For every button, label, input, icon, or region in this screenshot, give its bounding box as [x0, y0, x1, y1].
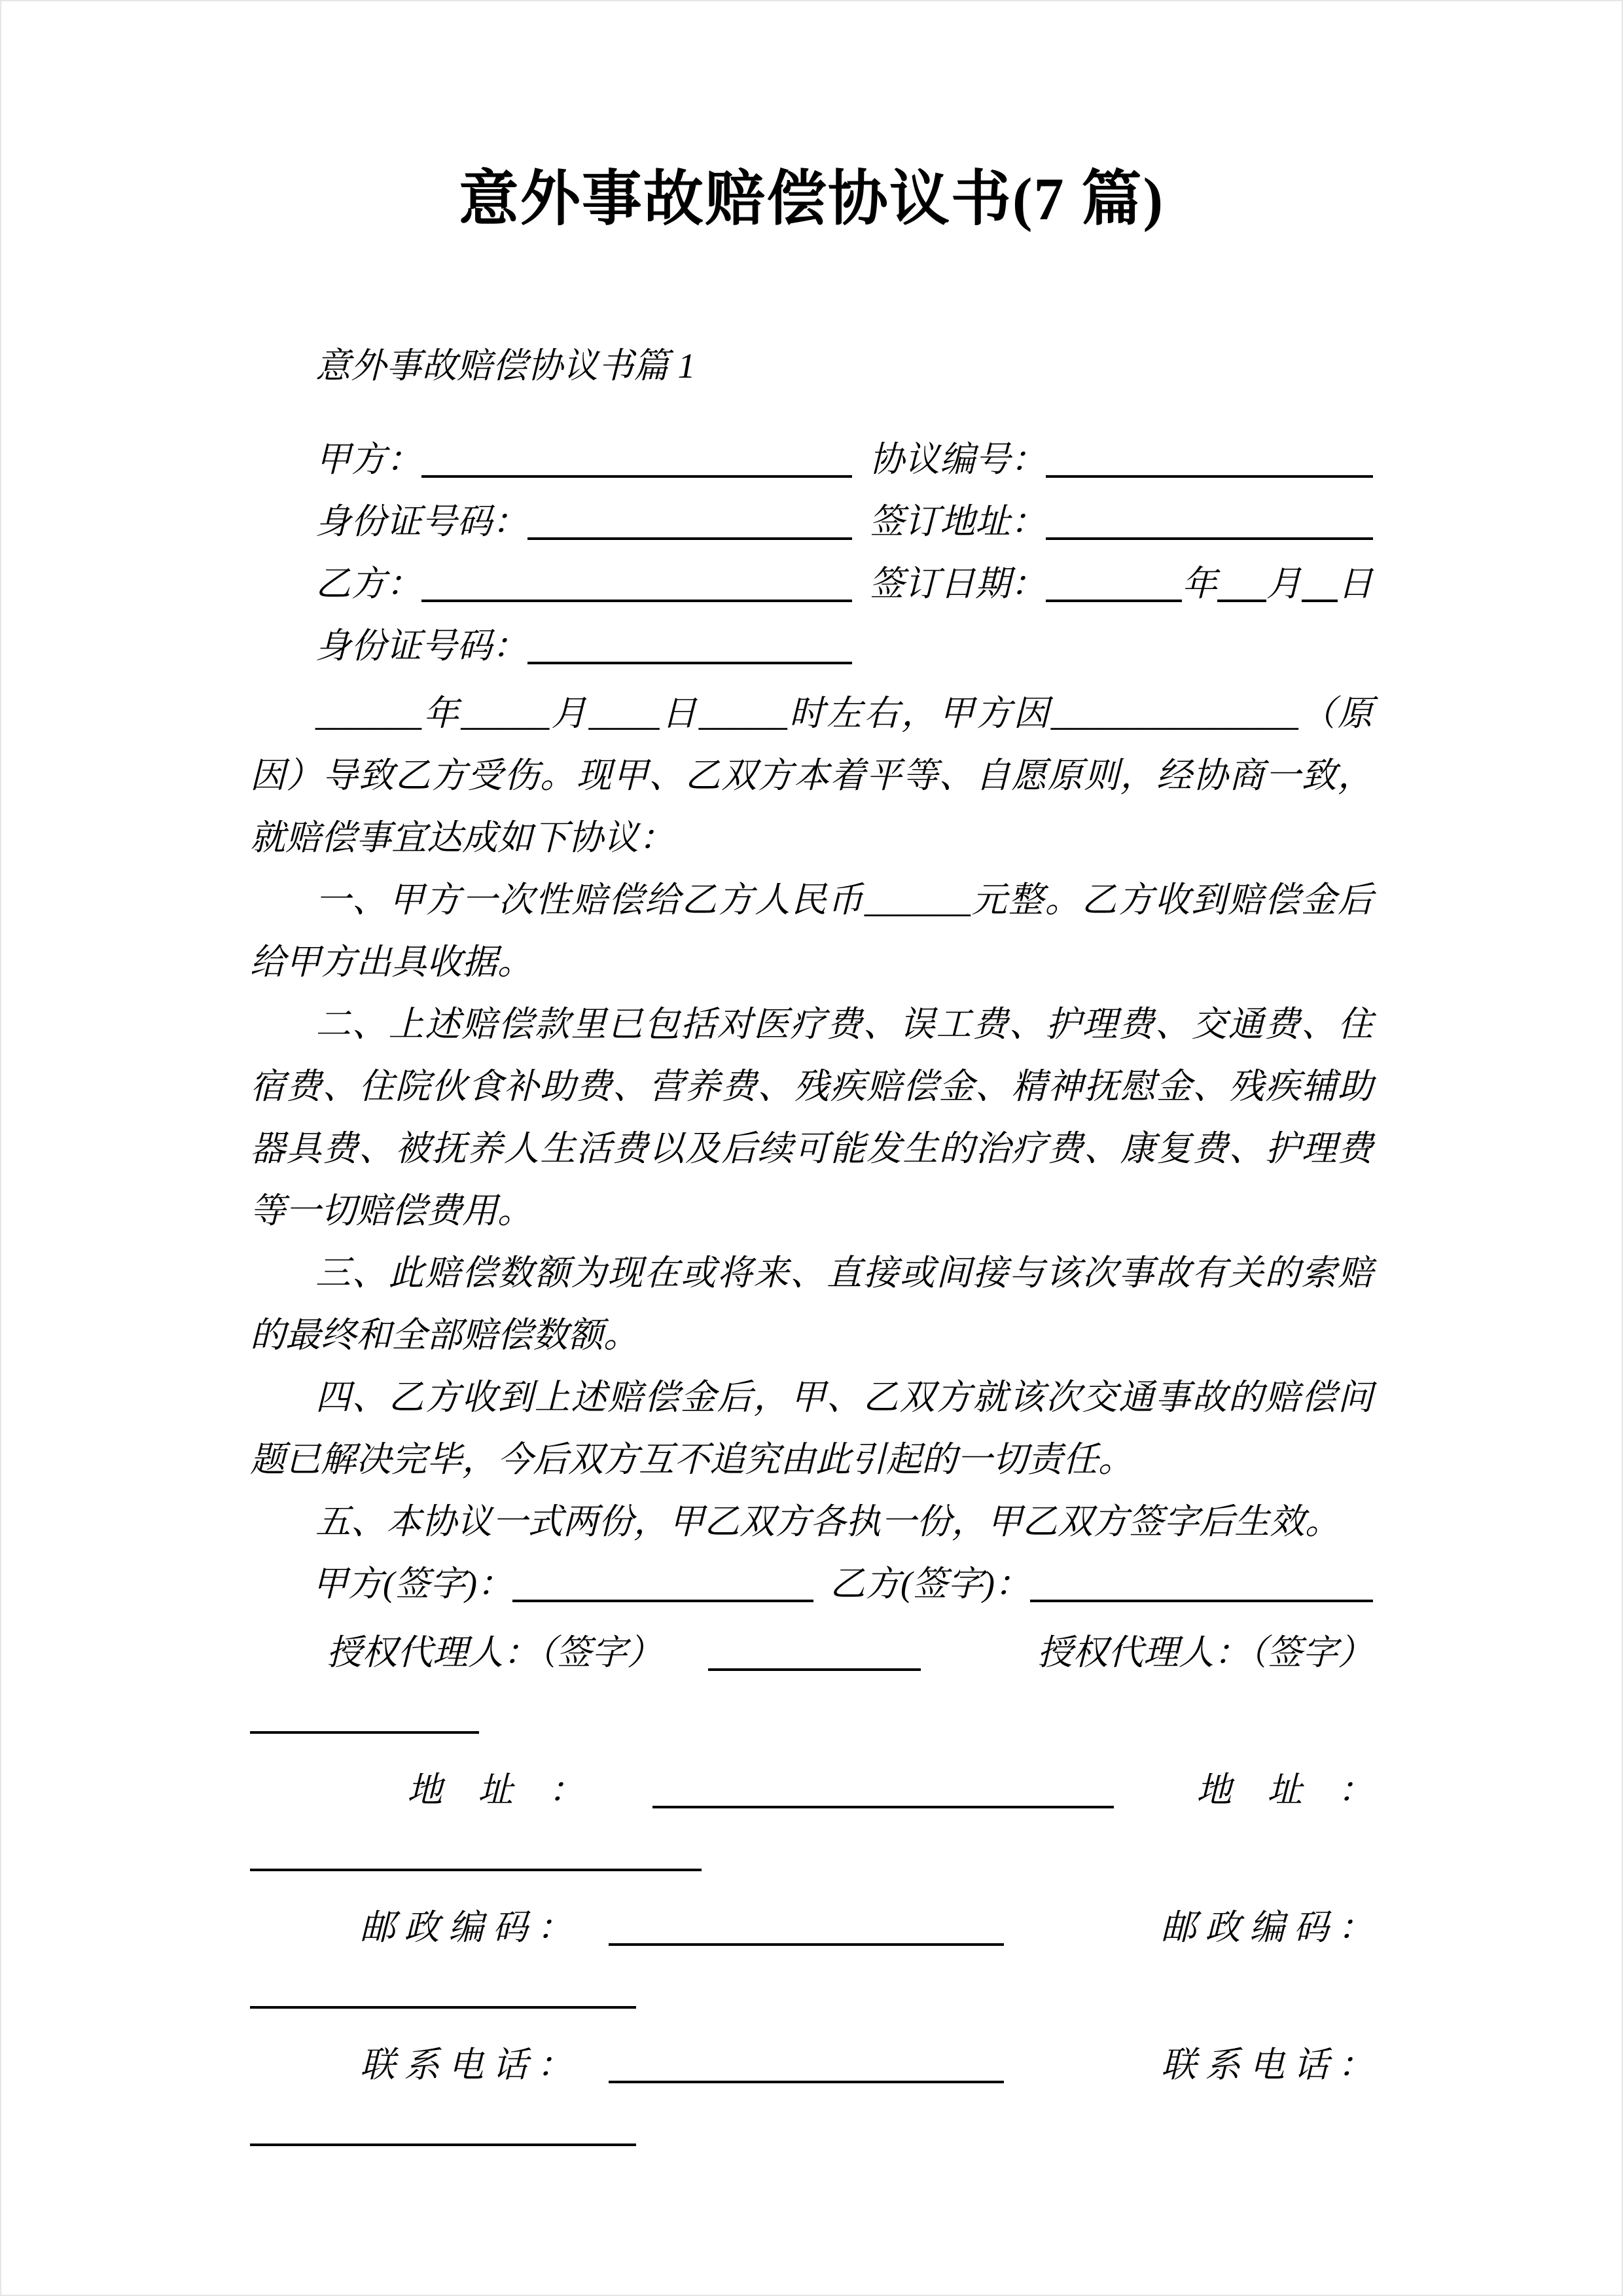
postcode-row: 邮 政 编 码 ： 邮 政 编 码 ：	[250, 1897, 1373, 1965]
postcode-a-label: 邮 政 编 码 ：	[360, 1897, 572, 1959]
phone-b-blank	[250, 2144, 636, 2146]
phone-b-wrap-line	[250, 2103, 1373, 2172]
signature-row: 甲方(签字)： 乙方(签字)：	[250, 1553, 1373, 1622]
clause-5: 五、本协议一式两份，甲乙双方各执一份，甲乙双方签字后生效。	[250, 1491, 1373, 1553]
agent-a-sign-blank	[708, 1633, 921, 1671]
postcode-a-blank	[609, 1908, 1004, 1946]
sign-date-label: 签订日期：	[869, 553, 1046, 615]
party-b-cell: 乙方：	[315, 553, 852, 615]
party-a-sign-label: 甲方(签字)：	[312, 1553, 512, 1615]
agent-row: 授权代理人：（签字） 授权代理人：（签字）	[250, 1622, 1373, 1691]
agreement-no-cell: 协议编号：	[869, 429, 1373, 491]
postcode-b-label: 邮 政 编 码 ：	[1161, 1897, 1373, 1959]
intro-paragraph: ______年_____月____日_____时左右，甲方因__________…	[250, 683, 1373, 869]
id-b-blank	[527, 626, 852, 664]
year-label: 年	[1182, 553, 1217, 615]
phone-b-label: 联 系 电 话 ：	[1161, 2034, 1373, 2096]
address-a-blank	[652, 1770, 1114, 1808]
agent-a-label: 授权代理人：（签字）	[327, 1622, 662, 1684]
party-b-label: 乙方：	[315, 553, 421, 615]
month-label: 月	[1266, 553, 1302, 615]
agent-b-sign-blank	[250, 1731, 479, 1734]
id-a-cell: 身份证号码：	[315, 491, 852, 553]
phone-a-blank	[609, 2045, 1004, 2083]
sign-place-cell: 签订地址：	[869, 491, 1373, 553]
document-body: 意外事故赔偿协议书篇 1 甲方： 协议编号： 身份证号码： 签订地址：	[250, 335, 1373, 2172]
section-heading: 意外事故赔偿协议书篇 1	[250, 335, 1373, 397]
party-a-label: 甲方：	[315, 429, 421, 491]
party-b-sign-blank	[1030, 1564, 1373, 1602]
day-label: 日	[1338, 553, 1373, 615]
address-b-label: 地 址 ：	[1196, 1759, 1373, 1821]
party-a-sign-blank	[512, 1564, 813, 1602]
id-a-blank	[527, 502, 852, 540]
postcode-b-blank	[250, 2006, 636, 2009]
sign-date-year-blank	[1046, 564, 1182, 602]
sign-place-blank	[1046, 502, 1373, 540]
party-a-cell: 甲方：	[315, 429, 852, 491]
clause-2: 二、上述赔偿款里已包括对医疗费、误工费、护理费、交通费、住宿费、住院伙食补助费、…	[250, 994, 1373, 1242]
postcode-b-wrap-line	[250, 1965, 1373, 2034]
party-a-blank	[421, 440, 852, 478]
address-b-wrap-line	[250, 1828, 1373, 1897]
phone-a-label: 联 系 电 话 ：	[360, 2034, 572, 2096]
party-b-blank	[421, 564, 852, 602]
sign-place-label: 签订地址：	[869, 491, 1046, 553]
party-b-sign-label: 乙方(签字)：	[830, 1553, 1030, 1615]
address-b-blank	[250, 1869, 702, 1871]
id-b-label: 身份证号码：	[315, 615, 527, 677]
address-row: 地 址 ： 地 址 ：	[250, 1759, 1373, 1828]
form-row-party-a: 甲方： 协议编号：	[250, 429, 1373, 491]
id-a-label: 身份证号码：	[315, 491, 527, 553]
sign-date-day-blank	[1302, 564, 1338, 602]
clause-4: 四、乙方收到上述赔偿金后，甲、乙双方就该次交通事故的赔偿问题已解决完毕，今后双方…	[250, 1367, 1373, 1491]
sign-date-cell: 签订日期： 年 月 日	[869, 553, 1373, 615]
address-a-label: 地 址 ：	[407, 1759, 584, 1821]
agent-b-label: 授权代理人：（签字）	[1037, 1622, 1373, 1684]
clause-3: 三、此赔偿数额为现在或将来、直接或间接与该次事故有关的索赔的最终和全部赔偿数额。	[250, 1242, 1373, 1367]
agreement-no-blank	[1046, 440, 1373, 478]
sign-date-month-blank	[1217, 564, 1266, 602]
agent-b-sign-wrap-line	[250, 1691, 1373, 1759]
document-page: 意外事故赔偿协议书(7 篇) 意外事故赔偿协议书篇 1 甲方： 协议编号： 身份…	[0, 0, 1623, 2296]
form-row-id-a: 身份证号码： 签订地址：	[250, 491, 1373, 553]
id-b-cell: 身份证号码：	[315, 615, 852, 677]
agreement-no-label: 协议编号：	[869, 429, 1046, 491]
phone-row: 联 系 电 话 ： 联 系 电 话 ：	[250, 2034, 1373, 2103]
form-row-party-b: 乙方： 签订日期： 年 月 日	[250, 553, 1373, 615]
form-row-id-b: 身份证号码：	[250, 615, 1373, 677]
clause-1: 一、甲方一次性赔偿给乙方人民币______元整。乙方收到赔偿金后给甲方出具收据。	[250, 869, 1373, 994]
clause-block: ______年_____月____日_____时左右，甲方因__________…	[250, 683, 1373, 1553]
document-title: 意外事故赔偿协议书(7 篇)	[250, 162, 1373, 237]
